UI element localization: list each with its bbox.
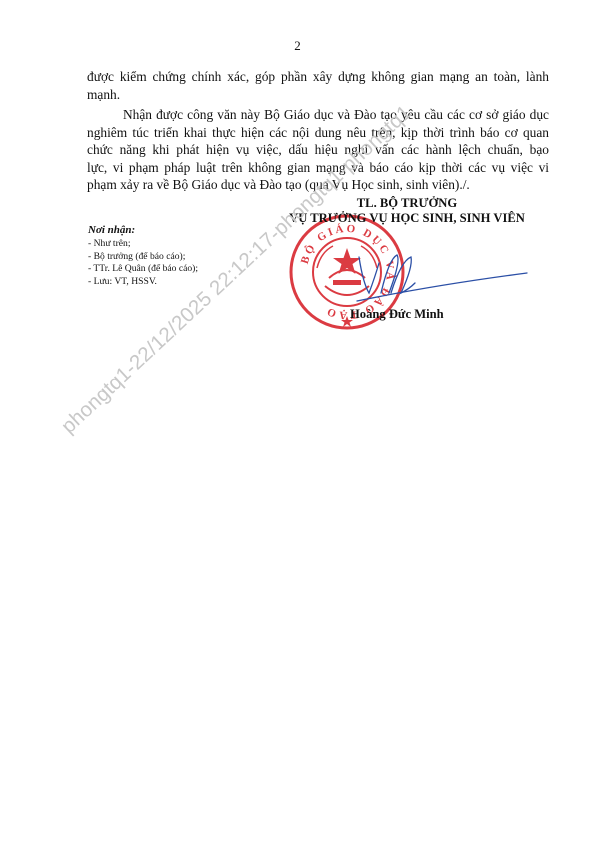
handwritten-signature: [355, 253, 530, 303]
recipient-item: - Bộ trưởng (để báo cáo);: [88, 251, 198, 264]
recipients-title: Nơi nhận:: [88, 224, 198, 237]
paragraph-line: Nhận được công văn này Bộ Giáo dục và Đà…: [87, 106, 549, 124]
recipient-item: - Lưu: VT, HSSV.: [88, 276, 198, 289]
paragraph-line: mạnh.: [87, 86, 549, 104]
page-number: 2: [0, 38, 595, 54]
signer-name: Hoàng Đức Minh: [350, 307, 444, 322]
paragraph-line: được kiểm chứng chính xác, góp phần xây …: [87, 68, 549, 86]
recipient-item: - TTr. Lê Quân (để báo cáo);: [88, 263, 198, 276]
paragraph-conclusion: được kiểm chứng chính xác, góp phần xây …: [87, 68, 549, 103]
recipient-item: - Như trên;: [88, 238, 198, 251]
paragraph-line: nghiêm túc triển khai thực hiện các nội …: [87, 124, 549, 142]
paragraph-line: lực, vi phạm pháp luật trên không gian m…: [87, 159, 549, 177]
recipients-list: Nơi nhận: - Như trên; - Bộ trưởng (để bá…: [88, 224, 198, 288]
paragraph-line: chức năng khi phát hiện vụ việc, dấu hiệ…: [87, 141, 549, 159]
